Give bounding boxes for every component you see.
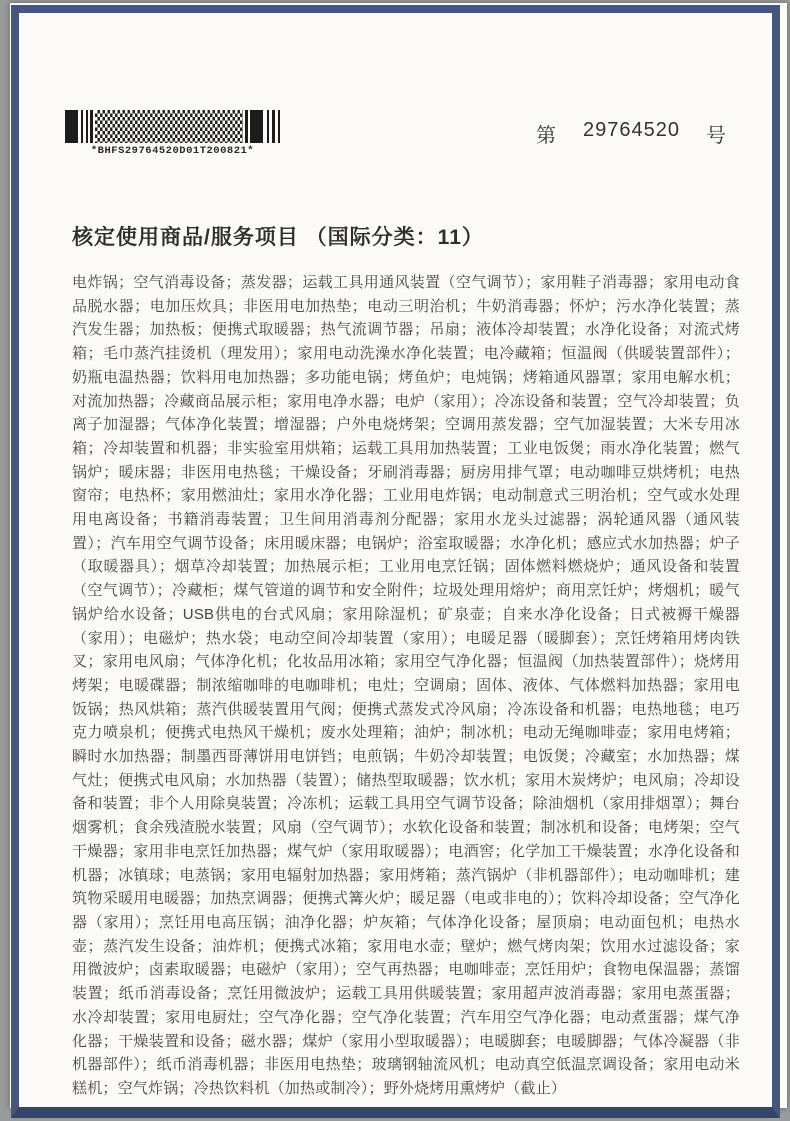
document-page: *BHFS29764520D01T200821* 第 29764520 号 核定… xyxy=(10,3,787,1108)
barcode-human-readable-text: *BHFS29764520D01T200821* xyxy=(65,145,280,157)
document-number: 第 29764520 号 xyxy=(536,119,727,148)
page-content: *BHFS29764520D01T200821* 第 29764520 号 核定… xyxy=(62,103,735,1078)
barcode-noise-region xyxy=(95,110,243,143)
document-number-prefix: 第 xyxy=(536,119,557,148)
document-number-value: 29764520 xyxy=(583,119,680,148)
barcode-image xyxy=(65,110,280,143)
barcode-block: *BHFS29764520D01T200821* xyxy=(65,110,280,157)
document-number-suffix: 号 xyxy=(706,119,727,148)
goods-services-list: 电炸锅；空气消毒设备；蒸发器；运载工具用通风装置（空气调节）；家用鞋子消毒器；家… xyxy=(72,271,740,1101)
section-heading: 核定使用商品/服务项目 （国际分类：11） xyxy=(72,221,484,251)
